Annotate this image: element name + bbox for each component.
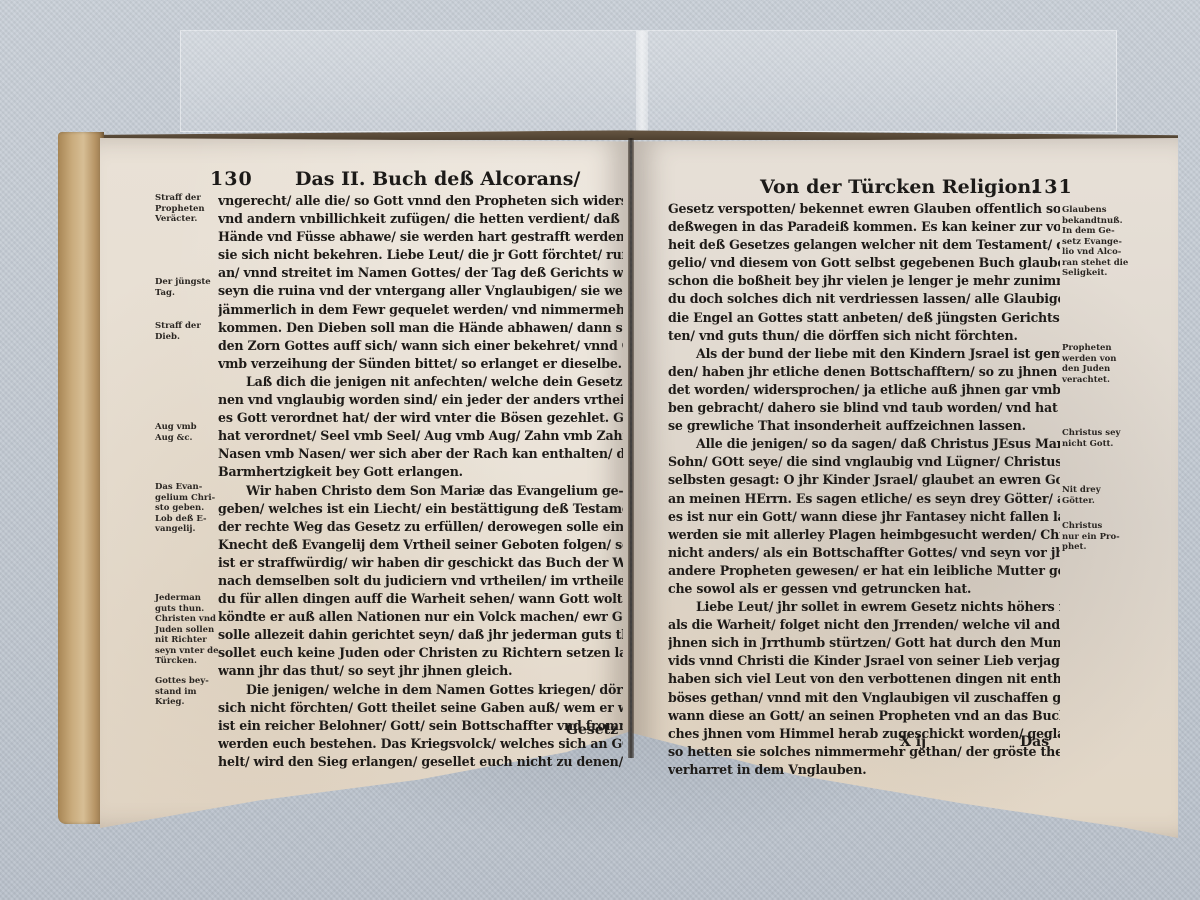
margin-note-line: phet. xyxy=(1062,542,1124,553)
text-line: Liebe Leut/ jhr sollet in ewrem Gesetz n… xyxy=(668,598,1060,616)
margin-note: Prophetenwerden vonden Judenverachtet. xyxy=(1062,343,1124,385)
margin-note: Straff derProphetenVeräcter. xyxy=(155,193,217,225)
margin-note-line: nit Richter xyxy=(155,635,217,646)
margin-note-line: Das Evan- xyxy=(155,482,217,493)
margin-note-line: In dem Ge- xyxy=(1062,226,1124,237)
text-line: Als der bund der liebe mit den Kindern J… xyxy=(668,345,1060,363)
text-line: es ist nur ein Gott/ wann diese jhr Fant… xyxy=(668,508,1060,526)
left-running-head: Das II. Buch deß Alcorans/ xyxy=(295,168,580,190)
margin-note-line: Dieb. xyxy=(155,332,217,343)
text-line: jhnen sich in Jrrthumb stürtzen/ Gott ha… xyxy=(668,634,1060,652)
text-line: Laß dich die jenigen nit anfechten/ welc… xyxy=(218,373,623,391)
margin-note-line: Propheten xyxy=(155,204,217,215)
margin-note-line: werden von xyxy=(1062,354,1124,365)
book-gutter xyxy=(628,138,634,758)
margin-note-line: Seligkeit. xyxy=(1062,268,1124,279)
margin-note-line: Krieg. xyxy=(155,697,217,708)
text-line: werden euch bestehen. Das Kriegsvolck/ w… xyxy=(218,735,623,753)
text-line: vids vnnd Christi die Kinder Jsrael von … xyxy=(668,652,1060,670)
text-line: den Zorn Gottes auff sich/ wann sich ein… xyxy=(218,337,623,355)
margin-note-line: Lob deß E- xyxy=(155,514,217,525)
margin-note-line: Christus sey xyxy=(1062,428,1124,439)
margin-note-line: nur ein Pro- xyxy=(1062,532,1124,543)
text-line: vmb verzeihung der Sünden bittet/ so erl… xyxy=(218,355,623,373)
margin-note: Der jüngsteTag. xyxy=(155,277,217,298)
margin-note-line: setz Evange- xyxy=(1062,237,1124,248)
text-line: Knecht deß Evangelij dem Vrtheil seiner … xyxy=(218,536,623,554)
text-line: solle allezeit dahin gerichtet seyn/ daß… xyxy=(218,626,623,644)
margin-note-line: Straff der xyxy=(155,193,217,204)
text-line: an/ vnnd streitet im Namen Gottes/ der T… xyxy=(218,264,623,282)
margin-note: Christusnur ein Pro-phet. xyxy=(1062,521,1124,553)
margin-note-line: nicht Gott. xyxy=(1062,439,1124,450)
stand-seam xyxy=(636,31,648,131)
left-page-text: vngerecht/ alle die/ so Gott vnnd den Pr… xyxy=(218,192,623,771)
margin-note-line: Glaubens xyxy=(1062,205,1124,216)
text-line: hat verordnet/ Seel vmb Seel/ Aug vmb Au… xyxy=(218,427,623,445)
book-fore-edge xyxy=(58,132,104,824)
margin-note-line: Nit drey xyxy=(1062,485,1124,496)
margin-note-line: stand im xyxy=(155,687,217,698)
text-line: sich nicht förchten/ Gott theilet seine … xyxy=(218,699,623,717)
margin-note-line: Aug vmb xyxy=(155,422,217,433)
margin-note-line: Gottes bey- xyxy=(155,676,217,687)
text-line: nicht anders/ als ein Bottschaffter Gott… xyxy=(668,544,1060,562)
margin-note-line: Propheten xyxy=(1062,343,1124,354)
text-line: geben/ welches ist ein Liecht/ ein bestä… xyxy=(218,500,623,518)
margin-note-line: Jederman xyxy=(155,593,217,604)
margin-note: Jedermanguts thun.Christen vndJuden soll… xyxy=(155,593,217,667)
margin-note-line: gelium Chri- xyxy=(155,493,217,504)
margin-note: Straff derDieb. xyxy=(155,321,217,342)
margin-note-line: bekandtnuß. xyxy=(1062,216,1124,227)
text-line: böses gethan/ vnnd mit den Vnglaubigen v… xyxy=(668,689,1060,707)
right-catchword: Das xyxy=(1020,734,1049,750)
text-line: sollet euch keine Juden oder Christen zu… xyxy=(218,644,623,662)
text-line: andere Propheten gewesen/ er hat ein lei… xyxy=(668,562,1060,580)
margin-note-line: vangelij. xyxy=(155,524,217,535)
margin-note: Christus seynicht Gott. xyxy=(1062,428,1124,449)
text-line: ten/ vnd guts thun/ die dörffen sich nic… xyxy=(668,327,1060,345)
margin-note-line: Veräcter. xyxy=(155,214,217,225)
margin-note-line: lio vnd Alco- xyxy=(1062,247,1124,258)
text-line: schon die boßheit bey jhr vielen je leng… xyxy=(668,272,1060,290)
text-line: ist er straffwürdig/ wir haben dir gesch… xyxy=(218,554,623,572)
text-line: werden sie mit allerley Plagen heimbgesu… xyxy=(668,526,1060,544)
text-line: che sowol als er gessen vnd getruncken h… xyxy=(668,580,1060,598)
text-line: du für allen dingen auff die Warheit seh… xyxy=(218,590,623,608)
margin-note-line: verachtet. xyxy=(1062,375,1124,386)
text-line: gelio/ vnd diesem von Gott selbst gegebe… xyxy=(668,254,1060,272)
text-line: es Gott verordnet hat/ der wird vnter di… xyxy=(218,409,623,427)
margin-note-line: seyn vnter de xyxy=(155,646,217,657)
margin-note-line: Juden sollen xyxy=(155,625,217,636)
margin-note-line: sto geben. xyxy=(155,503,217,514)
text-line: jämmerlich in dem Fewr gequelet werden/ … xyxy=(218,301,623,319)
margin-note-line: Aug &c. xyxy=(155,433,217,444)
text-line: det worden/ widersprochen/ ja etliche au… xyxy=(668,381,1060,399)
text-line: ben gebracht/ dahero sie blind vnd taub … xyxy=(668,399,1060,417)
margin-note-line: guts thun. xyxy=(155,604,217,615)
margin-note-line: Straff der xyxy=(155,321,217,332)
text-line: du doch solches dich nit verdriessen las… xyxy=(668,290,1060,308)
text-line: der rechte Weg das Gesetz zu erfüllen/ d… xyxy=(218,518,623,536)
text-line: Gesetz verspotten/ bekennet ewren Glaube… xyxy=(668,200,1060,218)
text-line: heit deß Gesetzes gelangen welcher nit d… xyxy=(668,236,1060,254)
margin-note-line: Der jüngste xyxy=(155,277,217,288)
text-line: ist ein reicher Belohner/ Gott/ sein Bot… xyxy=(218,717,623,735)
left-catchword: Gesetz xyxy=(566,722,618,738)
margin-note-line: Türcken. xyxy=(155,656,217,667)
left-page-number: 130 xyxy=(210,168,253,190)
text-line: als die Warheit/ folget nicht den Jrrend… xyxy=(668,616,1060,634)
margin-note-line: den Juden xyxy=(1062,364,1124,375)
text-line: ches jhnen vom Himmel herab zugeschickt … xyxy=(668,725,1060,743)
text-line: verharret in dem Vnglauben. xyxy=(668,761,1060,779)
right-running-head: Von der Türcken Religion. xyxy=(760,176,1038,198)
right-page-number: 131 xyxy=(1030,176,1073,198)
text-line: die Engel an Gottes statt anbeten/ deß j… xyxy=(668,309,1060,327)
text-line: Wir haben Christo dem Son Mariæ das Evan… xyxy=(218,482,623,500)
text-line: se grewliche That insonderheit auffzeich… xyxy=(668,417,1060,435)
margin-note: Gottes bey-stand imKrieg. xyxy=(155,676,217,708)
text-line: Sohn/ GOtt seye/ die sind vnglaubig vnd … xyxy=(668,453,1060,471)
text-line: Barmhertzigkeit bey Gott erlangen. xyxy=(218,463,623,481)
margin-note-line: Christus xyxy=(1062,521,1124,532)
text-line: vnd andern vnbillichkeit zufügen/ die he… xyxy=(218,210,623,228)
text-line: nen vnd vnglaubig worden sind/ ein jeder… xyxy=(218,391,623,409)
text-line: köndte er auß allen Nationen nur ein Vol… xyxy=(218,608,623,626)
text-line: sie sich nicht bekehren. Liebe Leut/ die… xyxy=(218,246,623,264)
signature-mark: X ij xyxy=(900,734,926,750)
acrylic-display-stand xyxy=(180,30,1117,132)
margin-note: Aug vmbAug &c. xyxy=(155,422,217,443)
text-line: kommen. Den Dieben soll man die Hände ab… xyxy=(218,319,623,337)
text-line: wann diese an Gott/ an seinen Propheten … xyxy=(668,707,1060,725)
text-line: so hetten sie solches nimmermehr gethan/… xyxy=(668,743,1060,761)
text-line: an meinen HErrn. Es sagen etliche/ es se… xyxy=(668,490,1060,508)
text-line: seyn die ruina vnd der vntergang aller V… xyxy=(218,282,623,300)
margin-note: Nit dreyGötter. xyxy=(1062,485,1124,506)
text-line: Nasen vmb Nasen/ wer sich aber der Rach … xyxy=(218,445,623,463)
right-page-text: Gesetz verspotten/ bekennet ewren Glaube… xyxy=(668,200,1060,779)
margin-note-line: Christen vnd xyxy=(155,614,217,625)
text-line: Hände vnd Füsse abhawe/ sie werden hart … xyxy=(218,228,623,246)
margin-note: Das Evan-gelium Chri-sto geben.Lob deß E… xyxy=(155,482,217,535)
text-line: den/ haben jhr etliche denen Bottschafft… xyxy=(668,363,1060,381)
text-line: Alle die jenigen/ so da sagen/ daß Chris… xyxy=(668,435,1060,453)
text-line: selbsten gesagt: O jhr Kinder Jsrael/ gl… xyxy=(668,471,1060,489)
text-line: Die jenigen/ welche in dem Namen Gottes … xyxy=(218,681,623,699)
margin-note-line: Tag. xyxy=(155,288,217,299)
text-line: vngerecht/ alle die/ so Gott vnnd den Pr… xyxy=(218,192,623,210)
margin-note-line: ran stehet die xyxy=(1062,258,1124,269)
text-line: helt/ wird den Sieg erlangen/ gesellet e… xyxy=(218,753,623,771)
text-line: wann jhr das thut/ so seyt jhr jhnen gle… xyxy=(218,662,623,680)
margin-note-line: Götter. xyxy=(1062,496,1124,507)
margin-note: Glaubensbekandtnuß.In dem Ge-setz Evange… xyxy=(1062,205,1124,279)
text-line: deßwegen in das Paradeiß kommen. Es kan … xyxy=(668,218,1060,236)
text-line: haben sich viel Leut von den verbottenen… xyxy=(668,670,1060,688)
text-line: nach demselben solt du judiciern vnd vrt… xyxy=(218,572,623,590)
